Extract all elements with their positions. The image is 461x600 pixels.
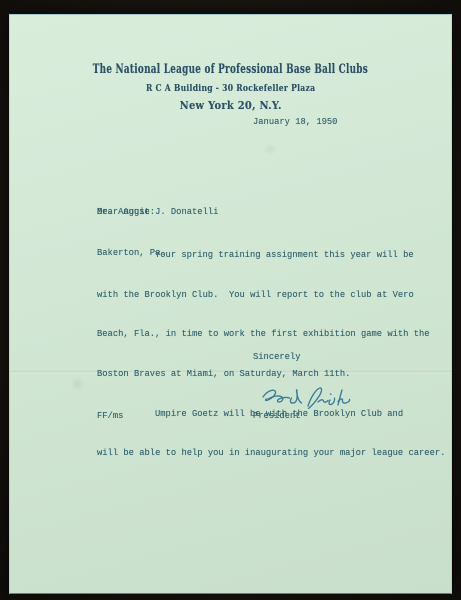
letterhead: The National League of Professional Base… bbox=[10, 60, 451, 114]
body-line: Your spring training assignment this yea… bbox=[97, 250, 445, 270]
body-line: will be able to help you in inaugurating… bbox=[97, 448, 445, 468]
letterhead-city: New York 20, N.Y. bbox=[179, 99, 281, 112]
letter-photo: The National League of Professional Base… bbox=[0, 0, 461, 600]
date-line: January 18, 1950 bbox=[253, 117, 337, 127]
body-line: with the Brooklyn Club. You will report … bbox=[97, 290, 445, 310]
typist-initials: FF/ms bbox=[97, 411, 123, 421]
signer-title: President bbox=[253, 411, 301, 421]
letter-paper: The National League of Professional Base… bbox=[9, 14, 452, 594]
letterhead-address: R C A Building - 30 Rockefeller Plaza bbox=[146, 84, 315, 95]
letterhead-organization: The National League of Professional Base… bbox=[93, 63, 368, 77]
closing: Sincerely bbox=[253, 352, 301, 362]
salutation: Dear Augie: bbox=[97, 207, 155, 217]
body-line: Beach, Fla., in time to work the first e… bbox=[97, 329, 445, 349]
